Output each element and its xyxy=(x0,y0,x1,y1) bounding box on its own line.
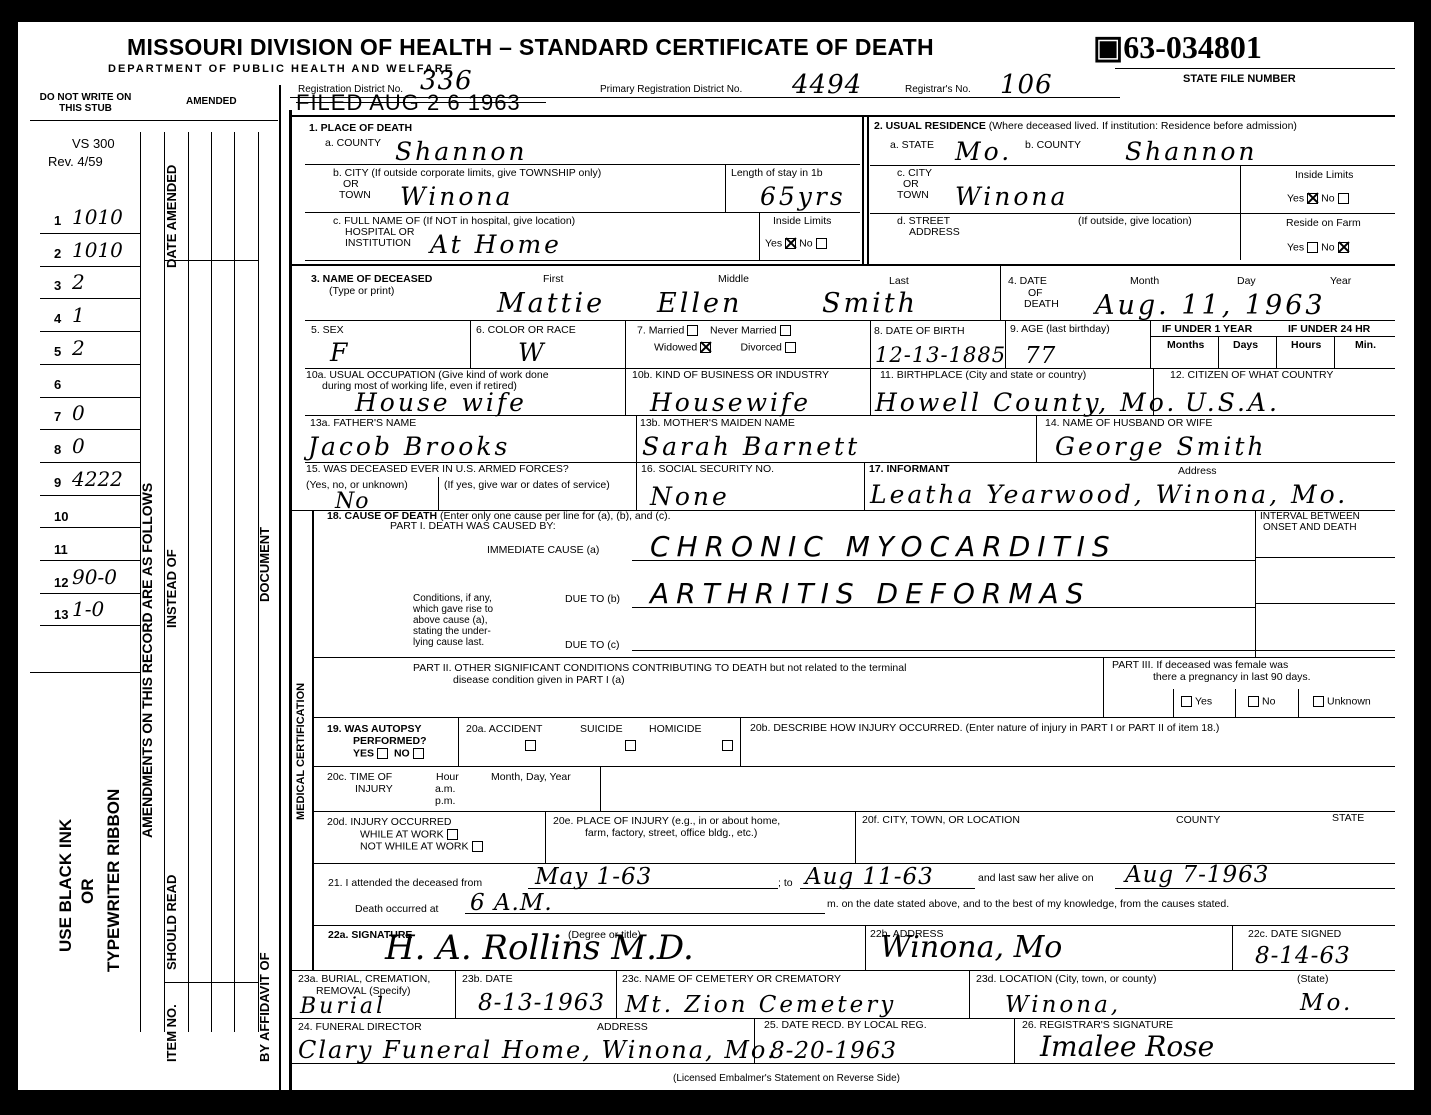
pm-label: p.m. xyxy=(435,796,455,807)
length-of-stay-value: 65yrs xyxy=(760,182,846,211)
mother-value: Sarah Barnett xyxy=(642,432,860,461)
res-farm-checkboxes: YesNo xyxy=(1287,242,1352,253)
autopsy-label2: PERFORMED? xyxy=(353,736,427,747)
suicide-checkbox[interactable] xyxy=(625,740,636,751)
dod-month-label: Month xyxy=(1130,276,1159,287)
stub-code-number: 13 xyxy=(54,607,68,622)
pod-inside-no-checkbox[interactable] xyxy=(816,238,827,249)
stub-revision: Rev. 4/59 xyxy=(48,156,103,167)
cemetery-label: 23c. NAME OF CEMETERY OR CREMATORY xyxy=(622,974,841,985)
hours-label: Hours xyxy=(1291,340,1321,351)
stub-code-row: 11010 xyxy=(40,205,140,235)
physician-signature: H. A. Rollins M.D. xyxy=(385,928,694,968)
birthplace-value: Howell County, Mo. xyxy=(875,388,1177,417)
funeral-director-value: Clary Funeral Home, Winona, Mo. xyxy=(298,1036,777,1064)
attended-from-value: May 1-63 xyxy=(535,864,652,890)
part3-label2: there a pregnancy in last 90 days. xyxy=(1153,672,1311,683)
stub-code-number: 9 xyxy=(54,475,61,490)
stub-code-row: 80 xyxy=(40,434,140,464)
days-label: Days xyxy=(1233,340,1258,351)
dob-label: 8. DATE OF BIRTH xyxy=(874,326,965,337)
stub-should-read: SHOULD READ xyxy=(164,875,179,970)
filed-stamp: FILED AUG 2 6 1963 xyxy=(296,90,521,116)
ssn-value: None xyxy=(650,482,730,511)
pod-county-value: Shannon xyxy=(395,137,528,166)
describe-injury-label: 20b. DESCRIBE HOW INJURY OCCURRED. (Ente… xyxy=(750,723,1219,734)
due-to-c-label: DUE TO (c) xyxy=(565,640,619,651)
citizen-value: U.S.A. xyxy=(1185,388,1280,417)
stub-code-value: 1-0 xyxy=(72,597,104,621)
part2-label2: disease condition given in PART I (a) xyxy=(453,675,625,686)
never-married-checkbox[interactable] xyxy=(780,325,791,336)
pregnancy-unknown-checkbox[interactable] xyxy=(1313,696,1324,707)
interval-label: INTERVAL BETWEEN xyxy=(1260,511,1360,522)
burial-date-value: 8-13-1963 xyxy=(478,990,605,1016)
while-at-work: WHILE AT WORK xyxy=(360,829,461,840)
death-occurred-suffix: m. on the date stated above, and to the … xyxy=(827,899,1229,910)
res-city-value: Winona xyxy=(955,182,1068,211)
stub-amendments-label: AMENDMENTS ON THIS RECORD ARE AS FOLLOWS xyxy=(139,483,155,838)
stub-code-row: 21010 xyxy=(40,238,140,268)
burial-value: Burial xyxy=(300,994,386,1019)
stub-code-number: 3 xyxy=(54,278,61,293)
stub-ink-notice-3: TYPEWRITER RIBBON xyxy=(104,789,124,972)
autopsy-no-checkbox[interactable] xyxy=(413,748,424,759)
dob-value: 12-13-1885 xyxy=(875,343,1006,367)
stub-code-value: 4222 xyxy=(72,467,123,491)
stub-code-number: 11 xyxy=(54,542,68,557)
res-city-town: TOWN xyxy=(897,190,929,201)
time-of-injury-label2: INJURY xyxy=(355,784,393,795)
disposition-state-label: (State) xyxy=(1297,974,1329,985)
state-file-number: ▣63-034801 xyxy=(1093,28,1262,66)
attended-label: 21. I attended the deceased from xyxy=(328,878,482,889)
res-farm-no-checkbox[interactable] xyxy=(1338,242,1349,253)
dod-day-label: Day xyxy=(1237,276,1256,287)
age-label: 9. AGE (last birthday) xyxy=(1010,324,1110,335)
middle-label: Middle xyxy=(718,274,749,285)
part2-label: PART II. OTHER SIGNIFICANT CONDITIONS CO… xyxy=(413,663,906,674)
stub-date-amended: DATE AMENDED xyxy=(164,165,179,268)
stub-code-value: 1 xyxy=(72,303,85,327)
am-label: a.m. xyxy=(435,784,455,795)
stub-code-number: 2 xyxy=(54,246,61,261)
stub-code-value: 1010 xyxy=(72,205,123,229)
due-to-b-value: ARTHRITIS DEFORMAS xyxy=(650,577,1090,610)
injury-occurred-label: 20d. INJURY OCCURRED xyxy=(327,817,451,828)
stub-code-number: 1 xyxy=(54,213,61,228)
widowed-checkbox[interactable] xyxy=(700,342,711,353)
attended-to-value: Aug 11-63 xyxy=(805,864,934,890)
medical-certification-label: MEDICAL CERTIFICATION xyxy=(295,683,307,820)
stub-by-affidavit: BY AFFIDAVIT OF xyxy=(257,952,272,1062)
stub-ink-notice-2: OR xyxy=(78,879,98,905)
pregnancy-yes-checkbox[interactable] xyxy=(1181,696,1192,707)
part3-label: PART III. If deceased was female was xyxy=(1112,660,1288,671)
date-signed-label: 22c. DATE SIGNED xyxy=(1248,929,1341,940)
stub-document: DOCUMENT xyxy=(257,527,272,602)
occupation-value: House wife xyxy=(355,388,527,417)
stub-code-row: 1290-0 xyxy=(40,565,140,595)
usual-residence-label: 2. USUAL RESIDENCE (Where deceased lived… xyxy=(874,121,1297,132)
injury-state-label: STATE xyxy=(1332,813,1364,824)
race-label: 6. COLOR OR RACE xyxy=(476,325,576,336)
race-value: W xyxy=(518,338,547,367)
armed-forces-label: 15. WAS DECEASED EVER IN U.S. ARMED FORC… xyxy=(306,464,569,475)
immediate-cause-label: IMMEDIATE CAUSE (a) xyxy=(487,545,599,556)
age-value: 77 xyxy=(1025,343,1056,369)
business-value: Housewife xyxy=(650,388,811,417)
stub-code-row: 52 xyxy=(40,336,140,366)
length-of-stay-label: Length of stay in 1b xyxy=(731,168,823,179)
father-label: 13a. FATHER'S NAME xyxy=(310,418,416,429)
burial-date-label: 23b. DATE xyxy=(462,974,513,985)
document-title: MISSOURI DIVISION OF HEALTH – STANDARD C… xyxy=(127,34,934,61)
location-value: Winona, xyxy=(1005,992,1121,1018)
physician-address-value: Winona, Mo xyxy=(880,930,1062,965)
married-checkbox[interactable] xyxy=(687,325,698,336)
name-note: (Type or print) xyxy=(329,286,394,297)
res-inside-yes-checkbox[interactable] xyxy=(1307,193,1318,204)
last-saw-label: and last saw her alive on xyxy=(978,873,1094,884)
name-label: 3. NAME OF DECEASED xyxy=(311,274,432,285)
immediate-cause-value: CHRONIC MYOCARDITIS xyxy=(650,530,1117,563)
due-to-c-field[interactable] xyxy=(632,650,1255,651)
injury-county-label: COUNTY xyxy=(1176,815,1220,826)
pod-city-label: b. CITY (If outside corporate limits, gi… xyxy=(333,168,601,179)
under-24-hr-label: IF UNDER 24 HR xyxy=(1288,324,1370,335)
sex-value: F xyxy=(330,338,350,367)
stub-code-value: 0 xyxy=(72,434,85,458)
sex-label: 5. SEX xyxy=(311,325,344,336)
spouse-value: George Smith xyxy=(1055,432,1267,461)
part1-label: PART I. DEATH WAS CAUSED BY: xyxy=(390,521,556,532)
pod-hospital-label3: INSTITUTION xyxy=(345,238,411,249)
funeral-address-label: ADDRESS xyxy=(597,1022,648,1033)
stub-code-number: 6 xyxy=(54,377,61,392)
res-street-note: (If outside, give location) xyxy=(1078,216,1192,227)
res-farm-label: Reside on Farm xyxy=(1286,218,1361,229)
stub-code-value: 90-0 xyxy=(72,565,117,589)
location-label: 23d. LOCATION (City, town, or county) xyxy=(976,974,1157,985)
not-while-at-work-checkbox[interactable] xyxy=(472,841,483,852)
stub-form-id: VS 300 xyxy=(72,138,115,149)
registrars-no-value: 106 xyxy=(1000,70,1053,100)
res-street-label2: ADDRESS xyxy=(909,227,960,238)
place-of-injury-label: 20e. PLACE OF INJURY (e.g., in or about … xyxy=(553,816,780,827)
last-name: Smith xyxy=(822,288,918,319)
res-inside-limits-label: Inside Limits xyxy=(1295,170,1353,181)
last-label: Last xyxy=(889,276,909,287)
business-label: 10b. KIND OF BUSINESS OR INDUSTRY xyxy=(632,370,829,381)
stub-amended: AMENDED xyxy=(186,96,237,107)
stub-code-row: 131-0 xyxy=(40,597,140,627)
stub-code-row: 11 xyxy=(40,532,140,562)
pod-city-town: TOWN xyxy=(339,190,371,201)
cemetery-value: Mt. Zion Cemetery xyxy=(625,992,896,1018)
birthplace-label: 11. BIRTHPLACE (City and state or countr… xyxy=(880,370,1086,381)
res-inside-no-checkbox[interactable] xyxy=(1338,193,1349,204)
injury-city-label: 20f. CITY, TOWN, OR LOCATION xyxy=(862,815,1020,826)
res-state-value: Mo. xyxy=(955,137,1012,166)
res-farm-yes-checkbox[interactable] xyxy=(1307,242,1318,253)
stub-code-number: 12 xyxy=(54,575,68,590)
spouse-label: 14. NAME OF HUSBAND OR WIFE xyxy=(1045,418,1212,429)
informant-value: Leatha Yearwood, Winona, Mo. xyxy=(870,480,1348,509)
armed-forces-note2: (If yes, give war or dates of service) xyxy=(444,480,610,491)
stub-code-number: 8 xyxy=(54,442,61,457)
res-county-label: b. COUNTY xyxy=(1025,140,1081,151)
res-state-label: a. STATE xyxy=(890,140,934,151)
pregnancy-unknown[interactable]: Unknown xyxy=(1310,696,1371,707)
funeral-director-label: 24. FUNERAL DIRECTOR xyxy=(298,1022,422,1033)
pod-county-label: a. COUNTY xyxy=(325,138,381,149)
pod-inside-limits-label: Inside Limits xyxy=(773,216,831,227)
pregnancy-yes[interactable]: Yes xyxy=(1178,696,1212,707)
place-of-death-label: 1. PLACE OF DEATH xyxy=(309,123,412,134)
stub-code-row: 32 xyxy=(40,270,140,300)
death-occurred-label: Death occurred at xyxy=(355,904,438,915)
attended-to-label: ; to xyxy=(778,878,793,889)
stub-do-not-write: DO NOT WRITE ON THIS STUB xyxy=(38,92,133,114)
citizen-label: 12. CITIZEN OF WHAT COUNTRY xyxy=(1170,370,1333,381)
interval-label2: ONSET AND DEATH xyxy=(1263,522,1357,533)
pod-inside-limits-checkboxes: YesNo xyxy=(765,238,830,249)
homicide-checkbox[interactable] xyxy=(722,740,733,751)
primary-registration-district-value: 4494 xyxy=(792,70,862,100)
under-1-year-label: IF UNDER 1 YEAR xyxy=(1162,324,1252,335)
dod-label3: DEATH xyxy=(1024,299,1059,310)
accident-label: 20a. ACCIDENT xyxy=(466,724,542,735)
pod-city-value: Winona xyxy=(400,182,513,211)
informant-address-label: Address xyxy=(1178,466,1217,477)
date-signed-value: 8-14-63 xyxy=(1255,943,1351,969)
stub-item-no: ITEM NO. xyxy=(164,1004,179,1062)
time-of-injury-label: 20c. TIME OF xyxy=(327,772,392,783)
stub-code-number: 5 xyxy=(54,344,61,359)
disposition-state-value: Mo. xyxy=(1300,990,1353,1016)
stub-code-row: 94222 xyxy=(40,467,140,497)
mother-label: 13b. MOTHER'S MAIDEN NAME xyxy=(640,418,795,429)
first-label: First xyxy=(543,274,563,285)
stub-code-value: 0 xyxy=(72,401,85,425)
homicide-label: HOMICIDE xyxy=(649,724,702,735)
due-to-b-label: DUE TO (b) xyxy=(565,594,620,605)
last-saw-value: Aug 7-1963 xyxy=(1125,862,1269,888)
first-name: Mattie xyxy=(497,288,605,319)
not-while-at-work: NOT WHILE AT WORK xyxy=(360,841,486,852)
stub-code-row: 70 xyxy=(40,401,140,431)
stub-code-value: 2 xyxy=(72,270,85,294)
date-of-death-value: Aug. 11, 1963 xyxy=(1095,290,1326,321)
stub-code-value: 2 xyxy=(72,336,85,360)
ssn-label: 16. SOCIAL SECURITY NO. xyxy=(641,464,774,475)
stub-ink-notice-1: USE BLACK INK xyxy=(56,819,76,952)
date-recd-label: 25. DATE RECD. BY LOCAL REG. xyxy=(764,1020,927,1031)
father-value: Jacob Brooks xyxy=(308,432,510,461)
embalmer-note: (Licensed Embalmer's Statement on Revers… xyxy=(673,1073,900,1084)
pregnancy-no[interactable]: No xyxy=(1245,696,1275,707)
date-recd-value: 8-20-1963 xyxy=(770,1038,897,1064)
pod-hospital-value: At Home xyxy=(430,230,562,259)
dod-year-label: Year xyxy=(1330,276,1351,287)
registrar-signature: Imalee Rose xyxy=(1040,1030,1214,1063)
months-label: Months xyxy=(1167,340,1204,351)
marital-status-row2: Widowed Divorced xyxy=(654,342,799,353)
stub-code-row: 41 xyxy=(40,303,140,333)
autopsy-yes-checkbox[interactable] xyxy=(377,748,388,759)
hour-label: Hour xyxy=(436,772,459,783)
primary-registration-district-label: Primary Registration District No. xyxy=(600,84,742,95)
mdy-label: Month, Day, Year xyxy=(491,772,571,783)
middle-name: Ellen xyxy=(657,288,742,319)
burial-label: 23a. BURIAL, CREMATION, xyxy=(298,974,430,985)
department-name: DEPARTMENT OF PUBLIC HEALTH AND WELFARE xyxy=(108,64,454,75)
min-label: Min. xyxy=(1355,340,1376,351)
informant-label: 17. INFORMANT xyxy=(869,464,950,475)
accident-checkbox[interactable] xyxy=(525,740,536,751)
pregnancy-no-checkbox[interactable] xyxy=(1248,696,1259,707)
res-inside-limits-checkboxes: YesNo xyxy=(1287,193,1352,204)
stub-code-value: 1010 xyxy=(72,238,123,262)
state-file-number-label: STATE FILE NUMBER xyxy=(1183,74,1296,85)
stub-code-number: 4 xyxy=(54,311,61,326)
place-of-injury-label2: farm, factory, street, office bldg., etc… xyxy=(585,828,757,839)
stub-code-number: 7 xyxy=(54,409,61,424)
autopsy-checkboxes: YES NO xyxy=(353,748,427,759)
stub-code-number: 10 xyxy=(54,509,68,524)
autopsy-label: 19. WAS AUTOPSY xyxy=(327,724,422,735)
stub-instead-of: INSTEAD OF xyxy=(164,549,179,628)
dod-label: 4. DATE xyxy=(1008,276,1047,287)
res-county-value: Shannon xyxy=(1125,137,1258,166)
pod-inside-yes-checkbox[interactable] xyxy=(785,238,796,249)
marital-status-row1: 7. Married Never Married xyxy=(637,325,794,336)
conditions-note: Conditions, if any,which gave rise toabo… xyxy=(413,593,528,648)
suicide-label: SUICIDE xyxy=(580,724,623,735)
stub-code-row: 10 xyxy=(40,499,140,529)
divorced-checkbox[interactable] xyxy=(785,342,796,353)
stub-code-row: 6 xyxy=(40,369,140,399)
while-at-work-checkbox[interactable] xyxy=(447,829,458,840)
registrars-no-label: Registrar's No. xyxy=(905,84,971,95)
